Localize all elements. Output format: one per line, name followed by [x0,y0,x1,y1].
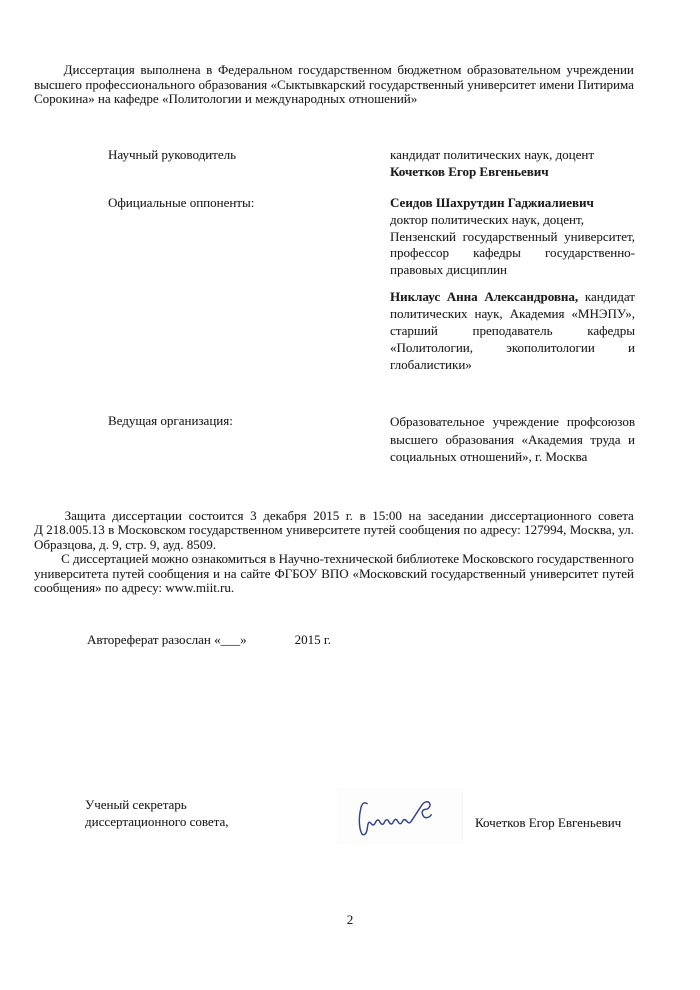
text-line: высшегопрофессиональногообразования«Сыкт… [34,78,634,93]
abstract-mailed-line: Автореферат разослан «___»2015 г. [87,632,331,648]
text-line: «Политологии,экополитологиии [390,340,635,357]
text-line: высшегообразования«Академиятрудаи [390,431,635,449]
supervisor-label: Научный руководитель [108,147,236,163]
text-line: сообщения» по адресу: www.miit.ru. [34,581,634,595]
text-line: Защитадиссертациисостоится3декабря2015г.… [34,509,634,523]
text-line: старшийпреподавателькафедры [390,323,635,340]
secretary-title-line2: диссертационного совета, [85,814,229,831]
text-line: НиклаусАннаАлександровна,кандидат [390,289,635,306]
text-line: социальных отношений», г. Москва [390,448,635,466]
text-line: Кочетков Егор Евгеньевич [390,164,635,181]
opponent-first: Сеидов Шахрутдин Гаджиалиевичдоктор поли… [390,195,635,279]
text-line: Пензенскийгосударственныйуниверситет, [390,229,635,246]
intro-paragraph: ДиссертациявыполненавФедеральномгосударс… [34,63,634,107]
text-line: Д218.005.13вМосковскомгосударственномуни… [34,523,634,537]
secretary-name: Кочетков Егор Евгеньевич [475,815,621,831]
text-line: Сеидов Шахрутдин Гаджиалиевич [390,195,635,212]
supervisor-value: кандидат политических наук, доцентКочетк… [390,147,635,181]
text-line: правовых дисциплин [390,262,635,279]
opponents-label: Официальные оппоненты: [108,195,254,211]
leading-organization-label: Ведущая организация: [108,413,233,429]
text-line: глобалистики» [390,357,635,374]
text-line: кандидат политических наук, доцент [390,147,635,164]
page-number: 2 [0,912,700,928]
signature-area [340,790,462,842]
text-line: университетапутейсообщенияинасайтеФГБОУВ… [34,567,634,581]
text-line: Образцова, д. 9, стр. 9, ауд. 8509. [34,538,634,552]
text-line: доктор политических наук, доцент, [390,212,635,229]
abstract-mailed-text: Автореферат разослан «___» [87,632,247,647]
secretary-title: Ученый секретарь диссертационного совета… [85,797,229,830]
text-line: Образовательноеучреждениепрофсоюзов [390,413,635,431]
abstract-mailed-year: 2015 г. [295,632,331,647]
defense-info-paragraphs: Защитадиссертациисостоится3декабря2015г.… [34,509,634,595]
secretary-title-line1: Ученый секретарь [85,797,229,814]
text-line: профессоркафедрыгосударственно- [390,245,635,262]
text-line: политическихнаук,Академия«МНЭПУ», [390,306,635,323]
leading-organization-value: Образовательноеучреждениепрофсоюзоввысше… [390,413,635,466]
text-line: Сорокина» на кафедре «Политологии и межд… [34,92,634,107]
signature-scribble [353,796,446,837]
text-line: ДиссертациявыполненавФедеральномгосударс… [34,63,634,78]
text-line: СдиссертациейможноознакомитьсявНаучно-те… [34,552,634,566]
opponent-second: НиклаусАннаАлександровна,кандидатполитич… [390,289,635,374]
document-page: ДиссертациявыполненавФедеральномгосударс… [0,0,700,990]
